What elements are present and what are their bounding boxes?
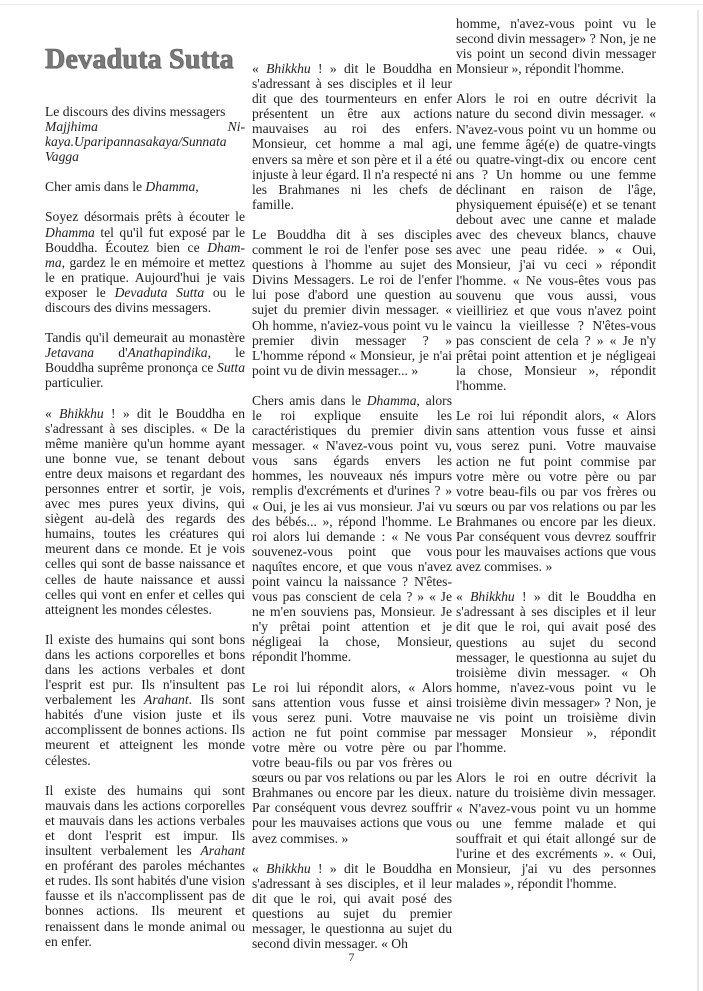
paragraph: « Bhikkhu ! » dit le Bouddha en s'adress… <box>252 861 452 952</box>
paragraph: homme, n'avez-vous point vu le second di… <box>456 16 656 76</box>
paragraph: Le roi lui répondit alors, « Alors sans … <box>252 680 452 846</box>
paragraph: « Bhikkhu ! » dit le Bouddha en s'adress… <box>252 61 452 212</box>
scan-right-edge <box>697 10 699 991</box>
paragraph: Le roi lui répondit alors, « Alors sans … <box>456 408 656 574</box>
paragraph: « Bhikkhu ! » dit le Bouddha en s'adress… <box>456 589 656 755</box>
paragraph: Tandis qu'il demeurait au monastère Jeta… <box>45 330 245 390</box>
subtitle: Le discours des divins messagers <box>45 104 245 119</box>
greeting: Cher amis dans le Dhamma, <box>45 179 245 194</box>
page-number: 7 <box>0 950 703 965</box>
paragraph: Soyez désormais prêts à écouter le Dhamm… <box>45 209 245 315</box>
source-reference: Majjhima Ni- kaya.Uparipannasakaya/Sunna… <box>45 119 245 164</box>
page-title: Devaduta Sutta <box>45 44 234 76</box>
paragraph: Alors le roi en outre décrivit la nature… <box>456 770 656 891</box>
paragraph: Alors le roi en outre décrivit la nature… <box>456 91 656 393</box>
column-1: Le discours des divins messagers Majjhim… <box>45 104 245 964</box>
paragraph: Le Bouddha dit à ses disciples comment l… <box>252 227 452 378</box>
paragraph: Il existe des humains qui sont bons dans… <box>45 632 245 768</box>
column-3: homme, n'avez-vous point vu le second di… <box>456 16 656 906</box>
paragraph: Chers amis dans le Dhamma, alors le roi … <box>252 393 452 665</box>
scan-top-edge <box>0 4 703 5</box>
paragraph: Il existe des humains qui sont mauvais d… <box>45 783 245 949</box>
column-2: « Bhikkhu ! » dit le Bouddha en s'adress… <box>252 61 452 966</box>
paragraph: « Bhikkhu ! » dit le Bouddha en s'adress… <box>45 406 245 617</box>
